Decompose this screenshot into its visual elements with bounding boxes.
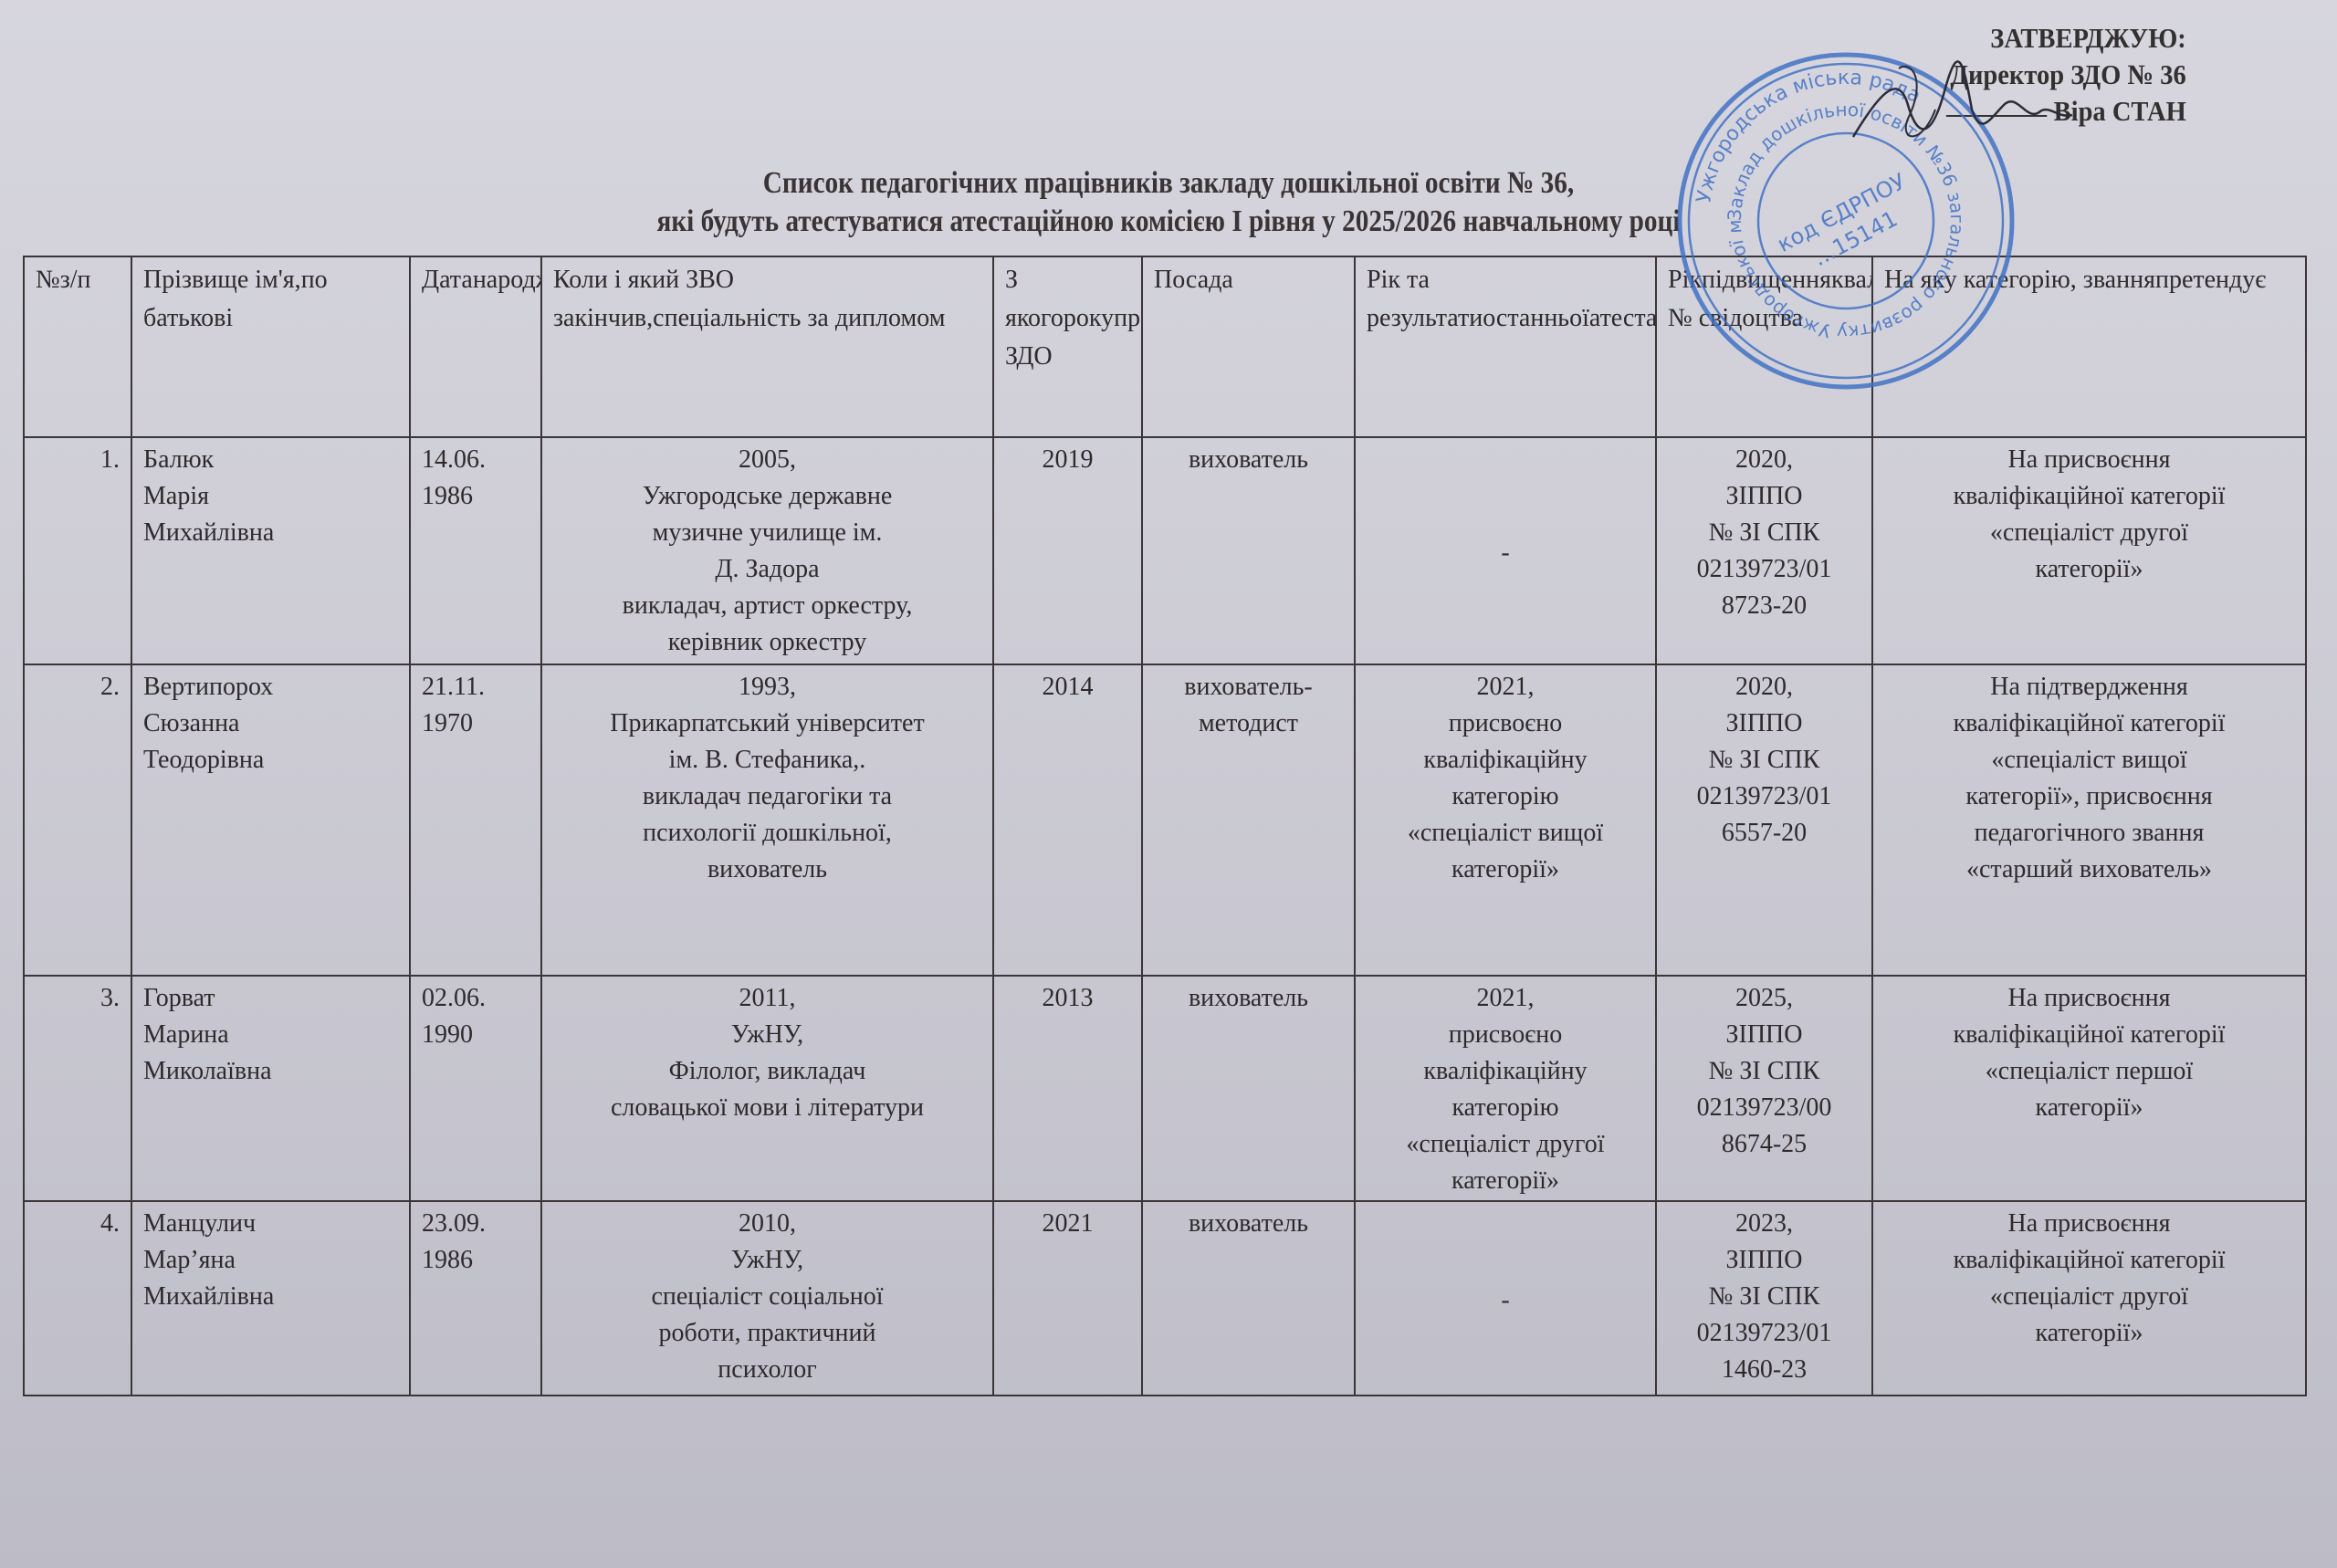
cell-line: На яку категорію, звання — [1884, 266, 2155, 294]
cell-line: 1970 — [422, 706, 529, 742]
cell-line: керівник оркестру — [553, 624, 981, 661]
cell-line: категорії» — [1884, 551, 2294, 588]
cell-line: 2021, — [1367, 669, 1644, 706]
cell-line: № свідоцтва — [1668, 304, 1803, 332]
birth-date: 23.09.1986 — [410, 1201, 541, 1396]
cell-line: кваліфікаційної категорії — [1884, 478, 2294, 515]
cell-line: 2023, — [1668, 1206, 1860, 1242]
row-number: 4. — [24, 1201, 131, 1396]
cell-line: Михайлівна — [143, 515, 398, 551]
qualification-certificate: 2023,ЗІППО№ ЗІ СПК02139723/011460-23 — [1656, 1201, 1872, 1396]
cell-line: 2010, — [553, 1206, 981, 1242]
cell-line: роботи, практичний — [553, 1315, 981, 1352]
birth-date: 21.11.1970 — [410, 664, 541, 976]
cell-line: підвищення — [1702, 266, 1831, 294]
cell-line: 1986 — [422, 478, 529, 515]
start-year: 2021 — [993, 1201, 1142, 1396]
cell-line: На підтвердження — [1884, 669, 2294, 706]
cell-line: ім. В. Стефаника,. — [553, 742, 981, 779]
cell-line: 14.06. — [422, 442, 529, 478]
education: 2005,Ужгородське державнемузичне училище… — [541, 437, 993, 664]
header-education: Коли і який ЗВО закінчив,спеціальність з… — [541, 256, 993, 437]
cell-line: Прізвище ім'я, — [143, 266, 301, 294]
position: вихователь — [1142, 1201, 1355, 1396]
last-attestation: - — [1355, 437, 1656, 664]
cell-line: 8723-20 — [1668, 588, 1860, 624]
cell-line: року — [1064, 304, 1114, 332]
cell-line: категорії» — [1367, 852, 1644, 888]
cell-line: Прикарпатський університет — [553, 706, 981, 742]
claimed-category: На присвоєннякваліфікаційної категорії«с… — [1872, 976, 2306, 1201]
cell-line: кваліфікаційної категорії — [1884, 1242, 2294, 1279]
cell-line: 02.06. — [422, 980, 529, 1017]
cell-line: кваліфікаційну — [1367, 1053, 1644, 1090]
start-year: 2019 — [993, 437, 1142, 664]
cell-line: Горват — [143, 980, 398, 1017]
cell-line: № ЗІ СПК — [1668, 515, 1860, 551]
cell-line: 02139723/01 — [1668, 551, 1860, 588]
cell-line: методист — [1154, 706, 1343, 742]
approval-position: Директор ЗДО № 36 — [1946, 57, 2186, 93]
table-row: 2.ВертипорохСюзаннаТеодорівна21.11.19701… — [24, 664, 2306, 976]
claimed-category: На присвоєннякваліфікаційної категорії«с… — [1872, 437, 2306, 664]
row-number: 1. — [24, 437, 131, 664]
document-title-line-1: Список педагогічних працівників закладу … — [163, 166, 2174, 201]
cell-line: викладач, артист оркестру, — [553, 588, 981, 624]
cell-line: Балюк — [143, 442, 398, 478]
cell-line: Миколаївна — [143, 1053, 398, 1090]
row-number: 2. — [24, 664, 131, 976]
cell-line: - — [1367, 535, 1644, 571]
cell-line: ЗІППО — [1668, 706, 1860, 742]
cell-line: 1990 — [422, 1017, 529, 1053]
cell-line: викладач педагогіки та — [553, 779, 981, 815]
cell-line: Марія — [143, 478, 398, 515]
cell-line: народ — [473, 266, 536, 294]
last-attestation: 2021,присвоєнокваліфікаційнукатегорію«сп… — [1355, 664, 1656, 976]
cell-line: № ЗІ СПК — [1668, 742, 1860, 779]
header-claimed-category: На яку категорію, званняпретендує — [1872, 256, 2306, 437]
document-title-line-2: які будуть атестуватися атестаційною ком… — [163, 204, 2174, 239]
claimed-category: На підтвердженнякваліфікаційної категорі… — [1872, 664, 2306, 976]
cell-line: Теодорівна — [143, 742, 398, 779]
full-name: ГорватМаринаМиколаївна — [131, 976, 410, 1201]
position: вихователь — [1142, 976, 1355, 1201]
cell-line: вихователь- — [1154, 669, 1343, 706]
cell-line: психолог — [553, 1352, 981, 1388]
last-attestation: - — [1355, 1201, 1656, 1396]
cell-line: претендує — [2155, 266, 2266, 294]
table-row: 4.МанцуличМар’янаМихайлівна23.09.1986201… — [24, 1201, 2306, 1396]
cell-line: вихователь — [1154, 1206, 1343, 1242]
cell-line: ЗІППО — [1668, 478, 1860, 515]
cell-line: категорії» — [1884, 1315, 2294, 1352]
last-attestation: 2021,присвоєнокваліфікаційнукатегорію«сп… — [1355, 976, 1656, 1201]
cell-line: педагогічного звання — [1884, 815, 2294, 852]
cell-line: атестації — [1589, 304, 1656, 332]
cell-line: На присвоєння — [1884, 442, 2294, 478]
start-year: 2014 — [993, 664, 1142, 976]
cell-line: кваліфікаційної категорії — [1884, 1017, 2294, 1053]
cell-line: Марина — [143, 1017, 398, 1053]
cell-line: 21.11. — [422, 669, 529, 706]
cell-line: ЗІППО — [1668, 1242, 1860, 1279]
start-year: 2013 — [993, 976, 1142, 1201]
cell-line: «спеціаліст вищої — [1884, 742, 2294, 779]
cell-line: 2020, — [1668, 669, 1860, 706]
cell-line: категорії» — [1367, 1163, 1644, 1199]
cell-line: працює — [1114, 304, 1142, 332]
full-name: Балюк МаріяМихайлівна — [131, 437, 410, 664]
cell-line: Рік — [1668, 266, 1702, 294]
cell-line: 2005, — [553, 442, 981, 478]
cell-line: 1460-23 — [1668, 1352, 1860, 1388]
cell-line: психології дошкільної, — [553, 815, 981, 852]
qualification-certificate: 2025,ЗІППО№ ЗІ СПК02139723/008674-25 — [1656, 976, 1872, 1201]
cell-line: «спеціаліст першої — [1884, 1053, 2294, 1090]
full-name: ВертипорохСюзаннаТеодорівна — [131, 664, 410, 976]
cell-line: вихователь — [553, 852, 981, 888]
cell-line: На присвоєння — [1884, 1206, 2294, 1242]
cell-line: 2025, — [1668, 980, 1860, 1017]
cell-line: 6557-20 — [1668, 815, 1860, 852]
cell-line: кваліфікаційну — [1367, 742, 1644, 779]
cell-line: за дипломом — [801, 304, 945, 332]
cell-line: «спеціаліст вищої — [1367, 815, 1644, 852]
header-last-attestation: Рік та результатиостанньоїатестації — [1355, 256, 1656, 437]
cell-line: вихователь — [1154, 980, 1343, 1017]
approval-name: Віра СТАН — [2054, 95, 2186, 127]
cell-line: 23.09. — [422, 1206, 529, 1242]
header-birth-date: Датанародження — [410, 256, 541, 437]
cell-line: кваліфікаційної категорії — [1884, 706, 2294, 742]
birth-date: 14.06.1986 — [410, 437, 541, 664]
education: 2010,УжНУ,спеціаліст соціальноїроботи, п… — [541, 1201, 993, 1396]
cell-line: кваліфікації. — [1831, 266, 1872, 294]
header-position: Посада — [1142, 256, 1355, 437]
cell-line: Посада — [1154, 266, 1233, 294]
cell-line: Манцулич — [143, 1206, 398, 1242]
cell-line: 02139723/01 — [1668, 1315, 1860, 1352]
approval-block: ЗАТВЕРДЖУЮ: Директор ЗДО № 36 Віра СТАН — [1946, 20, 2186, 130]
position: вихователь-методист — [1142, 664, 1355, 976]
cell-line: 2011, — [553, 980, 981, 1017]
approval-heading: ЗАТВЕРДЖУЮ: — [1946, 20, 2186, 57]
table-row: 3.ГорватМаринаМиколаївна02.06.19902011,У… — [24, 976, 2306, 1201]
staff-attestation-table: №з/пПрізвище ім'я,по батьковіДатанародже… — [23, 256, 2307, 1396]
signature-line — [1946, 115, 2047, 117]
row-number: 3. — [24, 976, 131, 1201]
table-row: 1.Балюк МаріяМихайлівна14.06.19862005,Уж… — [24, 437, 2306, 664]
full-name: МанцуличМар’янаМихайлівна — [131, 1201, 410, 1396]
cell-line: Д. Задора — [553, 551, 981, 588]
position: вихователь — [1142, 437, 1355, 664]
qualification-certificate: 2020,ЗІППО№ ЗІ СПК02139723/016557-20 — [1656, 664, 1872, 976]
cell-line: Дата — [422, 266, 473, 294]
cell-line: 02139723/00 — [1668, 1090, 1860, 1126]
cell-line: Михайлівна — [143, 1279, 398, 1315]
cell-line: категорію — [1367, 1090, 1644, 1126]
cell-line: останньої — [1483, 304, 1589, 332]
qualification-certificate: 2020,ЗІППО№ ЗІ СПК02139723/018723-20 — [1656, 437, 1872, 664]
cell-line: На присвоєння — [1884, 980, 2294, 1017]
cell-line: 8674-25 — [1668, 1126, 1860, 1163]
cell-line: № — [36, 266, 60, 294]
cell-line: «спеціаліст другої — [1884, 515, 2294, 551]
cell-line: з/п — [60, 266, 91, 294]
cell-line: «старший вихователь» — [1884, 852, 2294, 888]
cell-line: категорії», присвоєння — [1884, 779, 2294, 815]
cell-line: категорії» — [1884, 1090, 2294, 1126]
cell-line: спеціальність — [653, 304, 801, 332]
header-start-year: З якогорокупрацюєу ЗДО — [993, 256, 1142, 437]
cell-line: - — [1367, 1282, 1644, 1319]
cell-line: № ЗІ СПК — [1668, 1053, 1860, 1090]
cell-line: Вертипорох — [143, 669, 398, 706]
cell-line: Рік та результати — [1367, 266, 1483, 332]
claimed-category: На присвоєннякваліфікаційної категорії«с… — [1872, 1201, 2306, 1396]
education: 2011,УжНУ,Філолог, викладачсловацької мо… — [541, 976, 993, 1201]
cell-line: Ужгородське державне — [553, 478, 981, 515]
header-full-name: Прізвище ім'я,по батькові — [131, 256, 410, 437]
cell-line: присвоєно — [1367, 706, 1644, 742]
cell-line: Сюзанна — [143, 706, 398, 742]
cell-line: Філолог, викладач — [553, 1053, 981, 1090]
education: 1993,Прикарпатський університетім. В. Ст… — [541, 664, 993, 976]
cell-line: № ЗІ СПК — [1668, 1279, 1860, 1315]
cell-line: «спеціаліст другої — [1884, 1279, 2294, 1315]
birth-date: 02.06.1990 — [410, 976, 541, 1201]
cell-line: ЗІППО — [1668, 1017, 1860, 1053]
header-qualification: Рікпідвищеннякваліфікації.№ свідоцтва — [1656, 256, 1872, 437]
cell-line: 1986 — [422, 1242, 529, 1279]
cell-line: вихователь — [1154, 442, 1343, 478]
cell-line: Мар’яна — [143, 1242, 398, 1279]
header-number: №з/п — [24, 256, 131, 437]
cell-line: 02139723/01 — [1668, 779, 1860, 815]
cell-line: присвоєно — [1367, 1017, 1644, 1053]
cell-line: музичне училище ім. — [553, 515, 981, 551]
cell-line: спеціаліст соціальної — [553, 1279, 981, 1315]
cell-line: З якого — [1005, 266, 1064, 332]
cell-line: УжНУ, — [553, 1017, 981, 1053]
cell-line: 1993, — [553, 669, 981, 706]
cell-line: УжНУ, — [553, 1242, 981, 1279]
cell-line: категорію — [1367, 779, 1644, 815]
cell-line: 2021, — [1367, 980, 1644, 1017]
table-header-row: №з/пПрізвище ім'я,по батьковіДатанародже… — [24, 256, 2306, 437]
cell-line: 2020, — [1668, 442, 1860, 478]
cell-line: «спеціаліст другої — [1367, 1126, 1644, 1163]
cell-line: словацької мови і літератури — [553, 1090, 981, 1126]
